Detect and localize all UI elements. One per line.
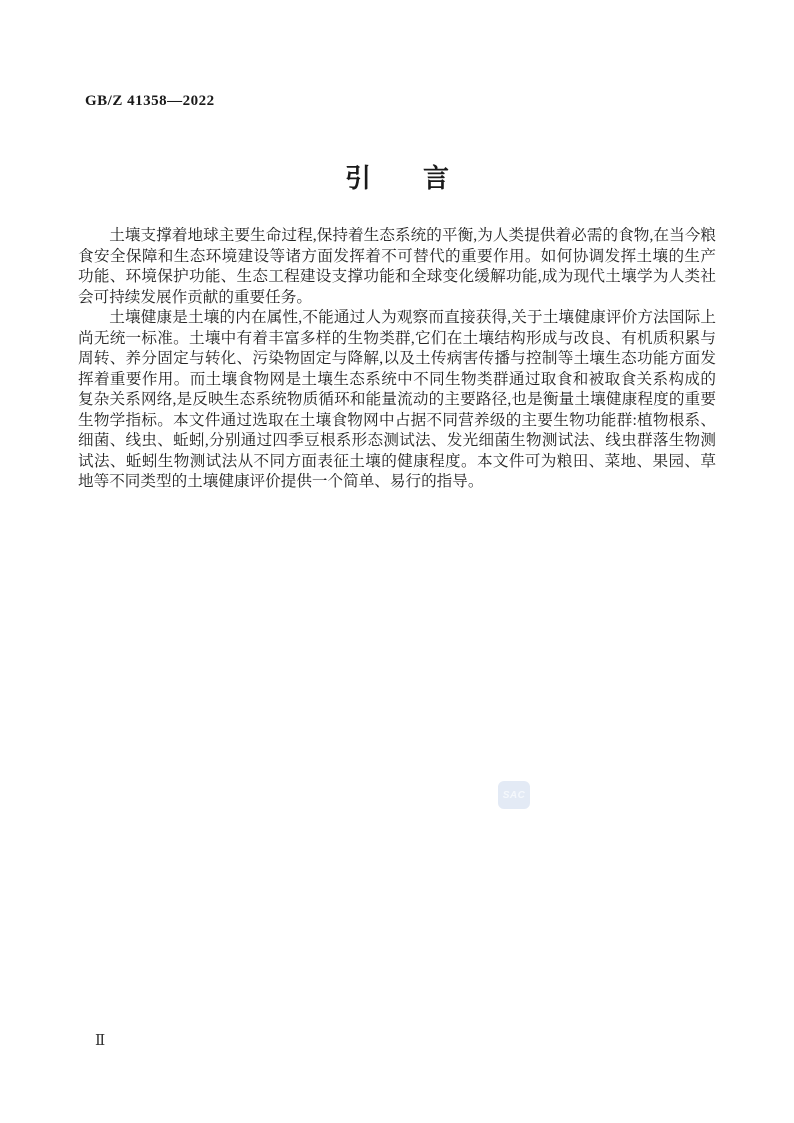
document-body: 土壤支撑着地球主要生命过程,保持着生态系统的平衡,为人类提供着必需的食物,在当今… [78, 226, 716, 493]
document-page: GB/Z 41358—2022 引 言 土壤支撑着地球主要生命过程,保持着生态系… [0, 0, 794, 1123]
sac-watermark-icon: SAC [498, 781, 530, 809]
paragraph-2: 土壤健康是土壤的内在属性,不能通过人为观察而直接获得,关于土壤健康评价方法国际上… [78, 308, 716, 493]
sac-watermark-text: SAC [503, 790, 526, 801]
standard-number: GB/Z 41358—2022 [85, 93, 215, 110]
page-number: Ⅱ [95, 1031, 105, 1050]
paragraph-1: 土壤支撑着地球主要生命过程,保持着生态系统的平衡,为人类提供着必需的食物,在当今… [78, 226, 716, 308]
page-title: 引 言 [0, 158, 794, 195]
